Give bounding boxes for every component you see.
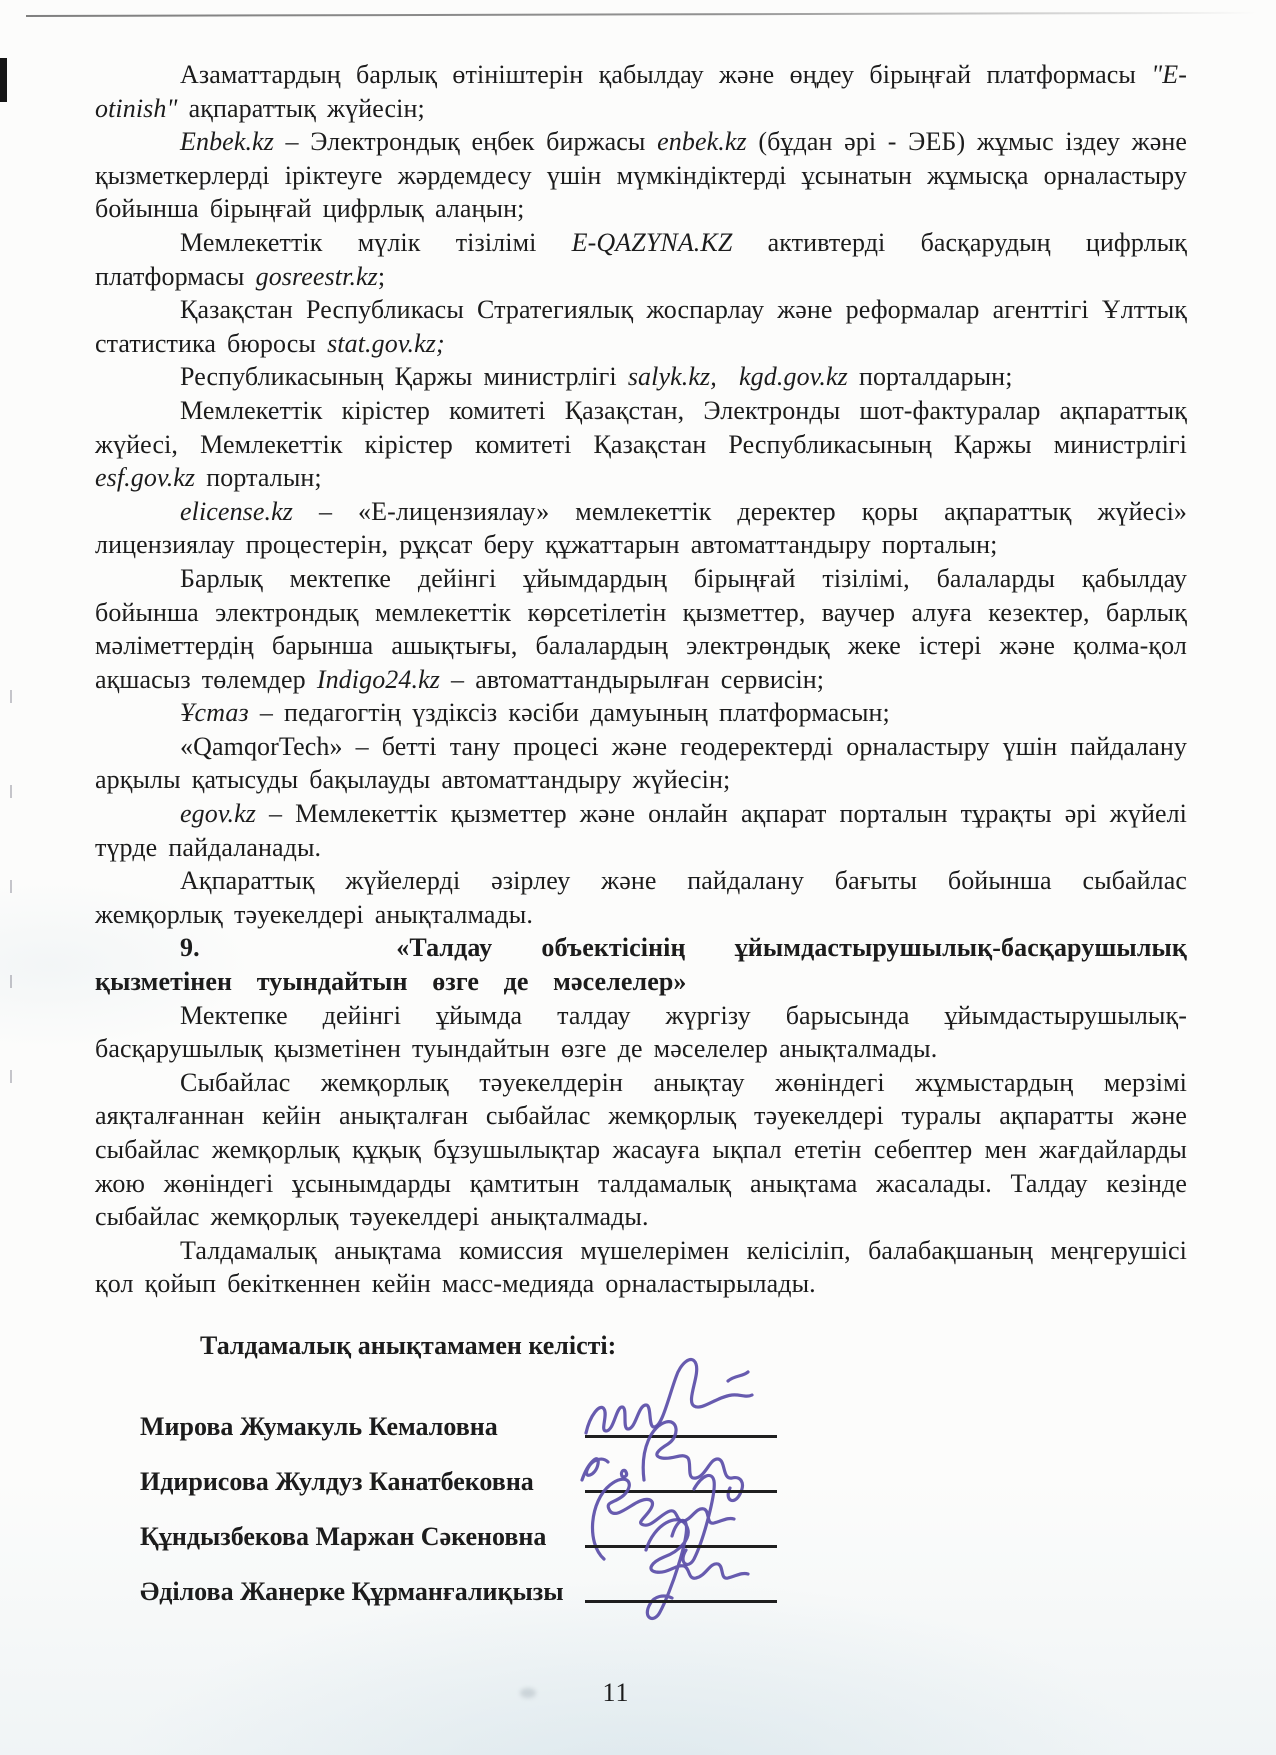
- body-paragraph: Мемлекеттік мүлік тізілімі E-QAZYNA.KZ а…: [95, 226, 1187, 293]
- scan-left-edge-mark: [0, 58, 7, 102]
- page-number: 11: [0, 1678, 1254, 1708]
- signatory-name: Идирисова Жулдуз Канатбековна: [140, 1467, 585, 1497]
- body-paragraph: elicense.kz – «Е-лицензиялау» мемлекетті…: [95, 495, 1187, 562]
- scan-left-edge-dashes: [10, 690, 12, 1130]
- body-paragraph: Мектепке дейінгі ұйымда талдау жүргізу б…: [95, 999, 1187, 1066]
- signature-block: Мирова Жумакуль Кемаловна Идирисова Жулд…: [95, 1387, 1187, 1607]
- body-paragraph: Мемлекеттік кірістер комитеті Қазақстан,…: [95, 394, 1187, 495]
- body-paragraph: Талдамалық анықтама комиссия мүшелерімен…: [95, 1234, 1187, 1301]
- body-paragraph: egov.kz – Мемлекеттік қызметтер және онл…: [95, 797, 1187, 864]
- signatory-name: Әділова Жанерке Құрманғалиқызы: [140, 1577, 585, 1607]
- document-body: Азаматтардың барлық өтініштерін қабылдау…: [95, 58, 1187, 1301]
- scan-top-edge-line: [26, 12, 1270, 17]
- signatory-name: Мирова Жумакуль Кемаловна: [140, 1412, 585, 1442]
- signatory-name: Құндызбекова Маржан Сәкеновна: [140, 1522, 585, 1552]
- body-paragraph: Барлық мектепке дейінгі ұйымдардың бірың…: [95, 562, 1187, 696]
- scanned-document-page: Азаматтардың барлық өтініштерін қабылдау…: [0, 0, 1276, 1755]
- section-heading-paragraph: 9. «Талдау объектісінің ұйымдастырушылық…: [95, 931, 1187, 998]
- body-paragraph: Ұстаз – педагогтің үздіксіз кәсіби дамуы…: [95, 696, 1187, 730]
- signature-area: [585, 1552, 777, 1607]
- body-paragraph: Enbek.kz – Электрондық еңбек биржасы enb…: [95, 125, 1187, 226]
- body-paragraph: Республикасының Қаржы министрлігі salyk.…: [95, 360, 1187, 394]
- body-paragraph: Қазақстан Республикасы Стратегиялық жосп…: [95, 293, 1187, 360]
- body-paragraph: «QamqorTech» – бетті тану процесі және г…: [95, 730, 1187, 797]
- body-paragraph: Азаматтардың барлық өтініштерін қабылдау…: [95, 58, 1187, 125]
- document-content: Азаматтардың барлық өтініштерін қабылдау…: [95, 58, 1187, 1607]
- handwritten-signature-ink: [570, 1502, 800, 1627]
- signature-line: [585, 1600, 777, 1603]
- body-paragraph: Ақпараттық жүйелерді әзірлеу және пайдал…: [95, 864, 1187, 931]
- body-paragraph: Сыбайлас жемқорлық тәуекелдерін анықтау …: [95, 1066, 1187, 1234]
- signature-row: Әділова Жанерке Құрманғалиқызы: [95, 1552, 1187, 1607]
